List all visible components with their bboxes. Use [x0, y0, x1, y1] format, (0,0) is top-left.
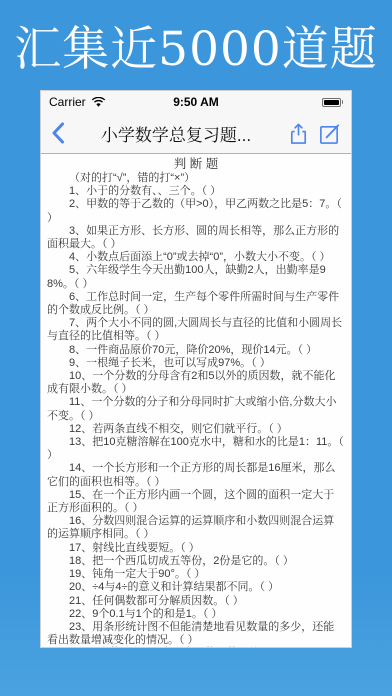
question-item: 4、小数点后面添上“0”或去掉“0”，小数大小不变。（ ） [47, 251, 345, 264]
question-item: 1、小于的分数有、、三个。（ ） [47, 185, 345, 198]
promo-banner: 汇集近5000道题 [0, 0, 392, 90]
question-item: 8、一件商品原价70元，降价20%，现价14元。（ ） [47, 344, 345, 357]
question-item: 10、一个分数的分母含有2和5以外的质因数，就不能化成有限小数。（ ） [47, 370, 345, 396]
chevron-left-icon[interactable] [51, 122, 65, 144]
question-item: 12、若两条直线不相交，则它们就平行。（ ） [47, 423, 345, 436]
battery-icon [322, 98, 344, 107]
wifi-icon [91, 97, 106, 108]
question-item: 19、钝角一定大于90°。（ ） [47, 568, 345, 581]
question-item: 7、两个大小不同的圆,大圆周长与直径的比值和小圆周长与直径的比值相等。（ ） [47, 317, 345, 343]
question-item: 9、一根绳子长米，也可以写成97%。（ ） [47, 357, 345, 370]
question-list: 1、小于的分数有、、三个。（ ）2、甲数的等于乙数的（甲>0），甲乙两数之比是5… [47, 185, 345, 647]
question-item: 18、把一个西瓜切成五等份，2份是它的。（ ） [47, 555, 345, 568]
navigation-bar: 小学数学总复习题... [41, 113, 351, 154]
section-title: 判 断 题 [47, 157, 345, 172]
question-item: 16、分数四则混合运算的运算顺序和小数四则混合运算的运算顺序相同。（ ） [47, 515, 345, 541]
question-item: 6、工作总时间一定，生产每个零件所需时间与生产零件的个数成反比例。（ ） [47, 291, 345, 317]
question-item: 5、六年级学生今天出勤100人，缺勤2人，出勤率是98%。（ ） [47, 264, 345, 290]
question-item: 3、如果正方形、长方形、圆的周长相等，那么正方形的面积最大。（ ） [47, 225, 345, 251]
question-item: 17、射线比直线要短。（ ） [47, 542, 345, 555]
question-item: 11、一个分数的分子和分母同时扩大或缩小倍,分数大小不变。（ ） [47, 396, 345, 422]
share-icon[interactable] [287, 122, 310, 145]
question-item: 23、用条形统计图不但能清楚地看见数量的多少，还能看出数量增减变化的情况。（ ） [47, 621, 345, 647]
document-content[interactable]: 判 断 题 （对的打“√”，错的打“×”） 1、小于的分数有、、三个。（ ）2、… [41, 154, 351, 647]
carrier-group: Carrier [49, 95, 106, 109]
banner-title: 汇集近5000道题 [14, 12, 378, 79]
compose-icon[interactable] [318, 122, 341, 145]
page-title: 小学数学总复习题... [73, 121, 279, 146]
question-item: 2、甲数的等于乙数的（甲>0），甲乙两数之比是5：7。（ ） [47, 198, 345, 224]
status-bar: Carrier 9:50 AM [41, 91, 351, 113]
question-item: 15、在一个正方形内画一个圆，这个圆的面积一定大于正方形面积的。（ ） [47, 489, 345, 515]
carrier-label: Carrier [49, 95, 86, 109]
question-item: 14、一个长方形和一个正方形的周长都是16厘米，那么它们的面积也相等。（ ） [47, 462, 345, 488]
question-item: 13、把10克糖溶解在100克水中，糖和水的比是1：11。（ ） [47, 436, 345, 462]
app-screenshot: Carrier 9:50 AM 小学数学总复习题... [40, 90, 352, 648]
question-item: 22、9个0.1与1个的和是1。（ ） [47, 608, 345, 621]
question-item: 21、任何偶数都可分解质因数。（ ） [47, 595, 345, 608]
question-item: 20、÷4与4÷的意义和计算结果都不同。（ ） [47, 581, 345, 594]
instruction-line: （对的打“√”，错的打“×”） [47, 172, 345, 185]
